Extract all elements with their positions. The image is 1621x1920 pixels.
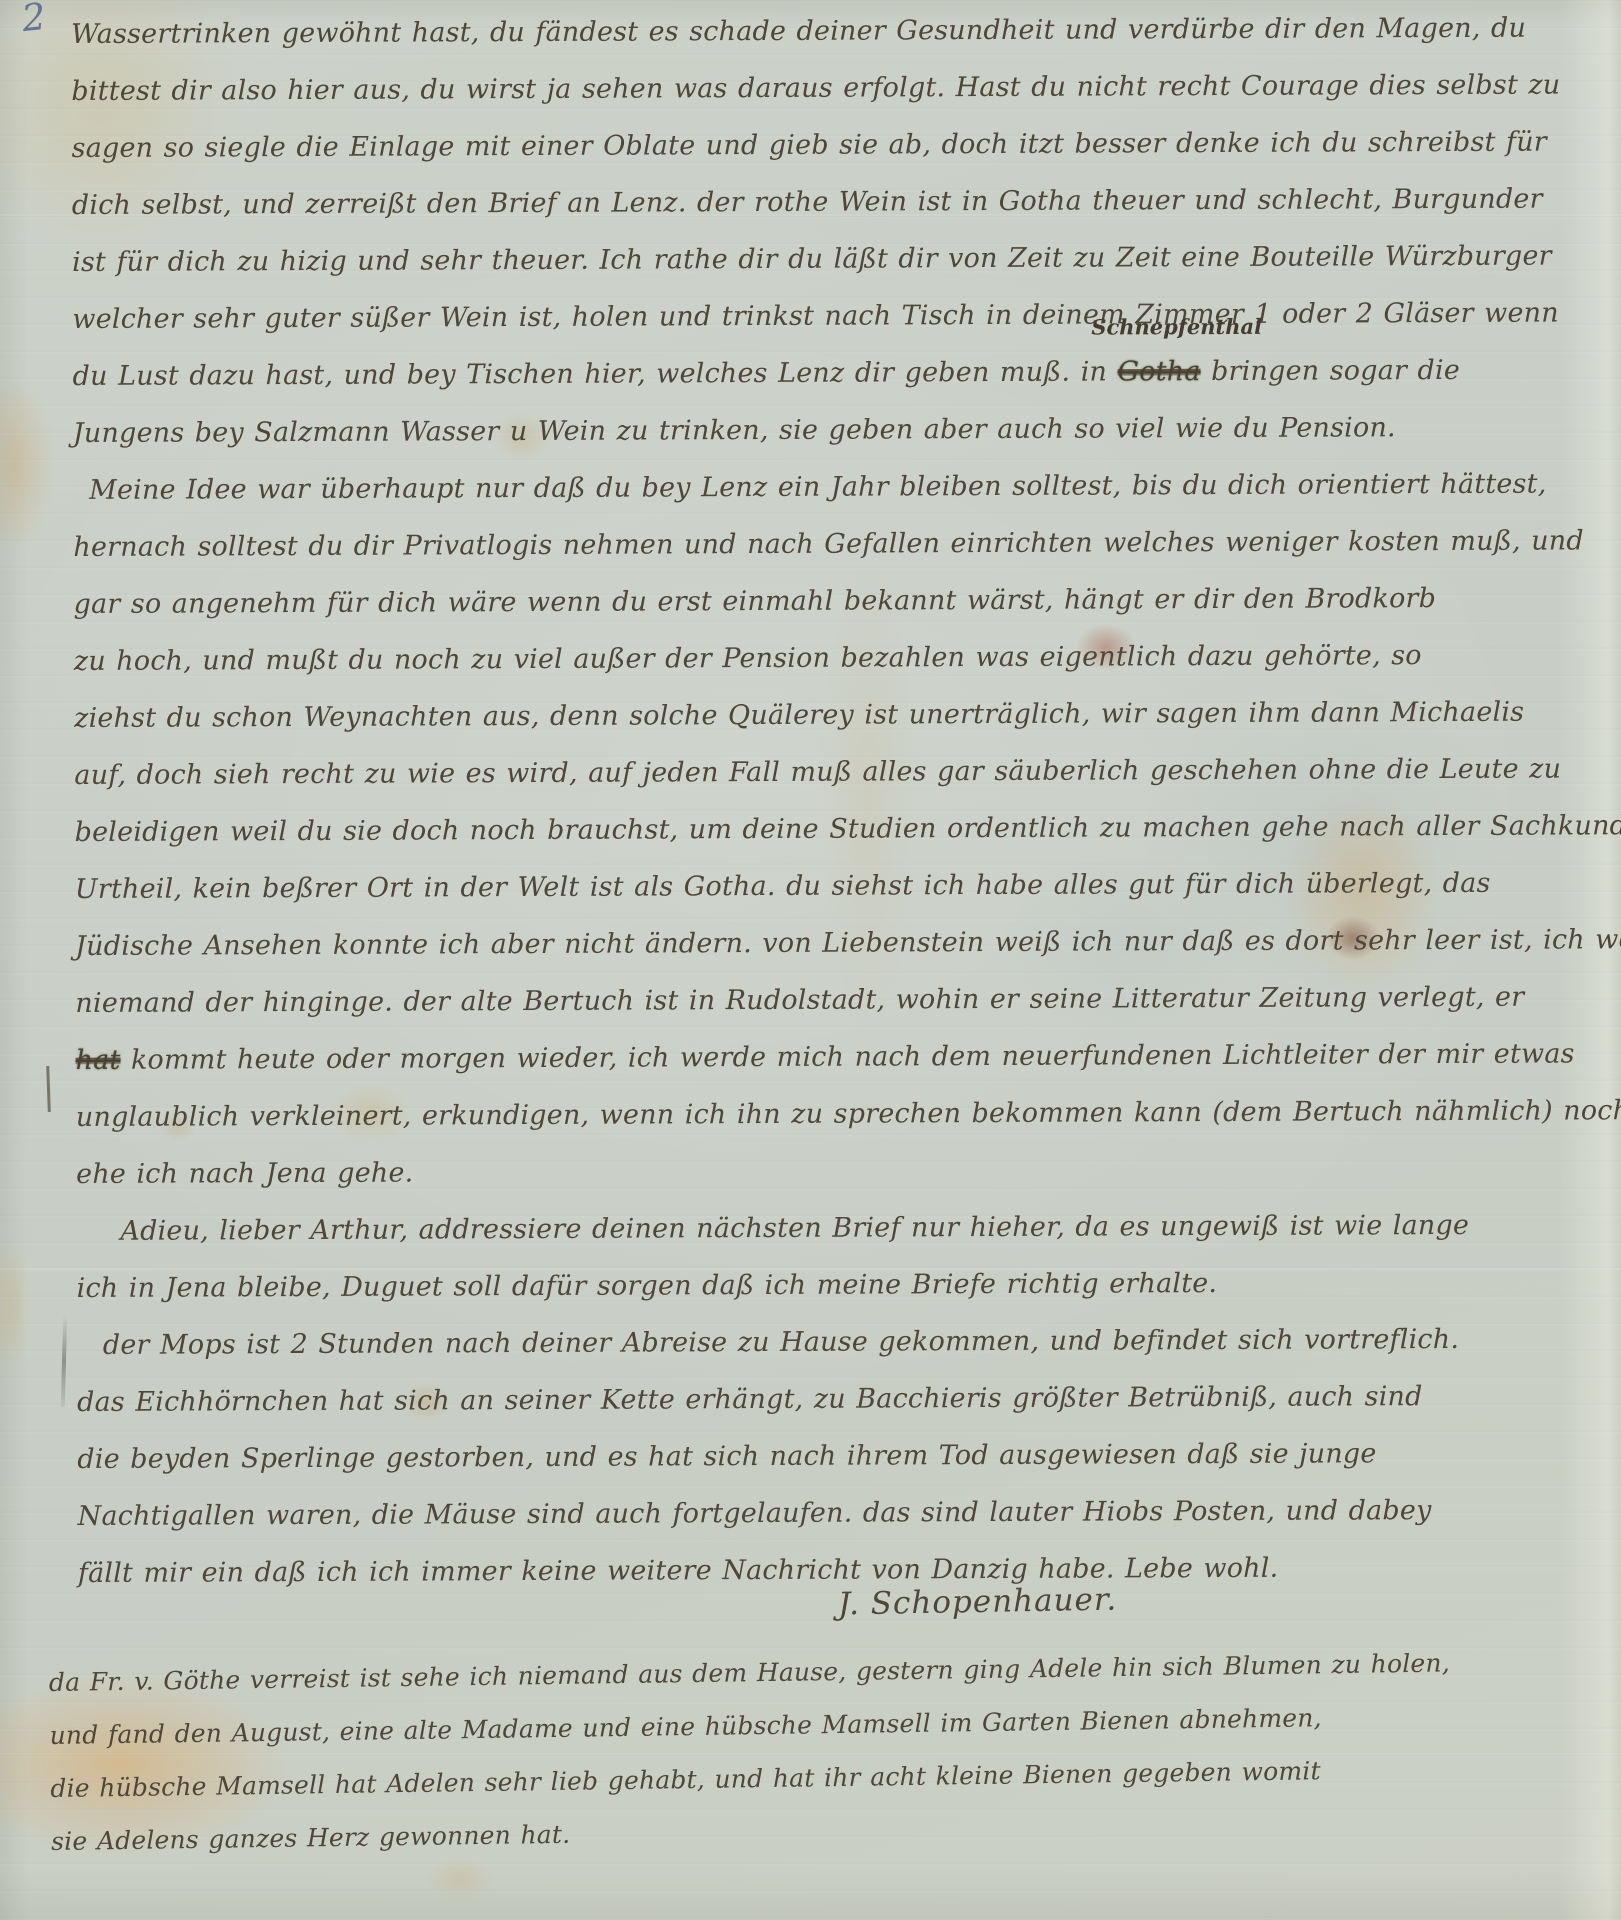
handwritten-line: Adieu, lieber Arthur, addressiere deinen… xyxy=(76,1196,1596,1260)
stain xyxy=(0,375,55,555)
handwritten-line: Nachtigallen waren, die Mäuse sind auch … xyxy=(77,1481,1597,1545)
handwritten-line: bittest dir also hier aus, du wirst ja s… xyxy=(71,56,1591,120)
line-text: kommt heute oder morgen wieder, ich werd… xyxy=(120,1038,1574,1075)
handwritten-line: dich selbst, und zerreißt den Brief an L… xyxy=(72,170,1592,234)
letter-page: 2 Wassertrinken gewöhnt hast, du fändest… xyxy=(0,0,1621,1920)
struck-word-wrap: GothaSchnepfenthal xyxy=(1117,343,1200,400)
margin-ink-mark xyxy=(46,1066,51,1112)
handwritten-line: die beyden Sperlinge gestorben, und es h… xyxy=(77,1424,1597,1488)
stain xyxy=(0,1235,33,1375)
struck-word: Gotha xyxy=(1117,356,1200,387)
page-number: 2 xyxy=(20,0,48,40)
handwritten-line: zu hoch, und mußt du noch zu viel außer … xyxy=(74,626,1594,690)
handwritten-line: Jüdische Ansehen konnte ich aber nicht ä… xyxy=(75,911,1595,975)
handwritten-line: der Mops ist 2 Stunden nach deiner Abrei… xyxy=(77,1310,1597,1374)
handwritten-line: ziehst du schon Weynachten aus, denn sol… xyxy=(74,683,1594,747)
handwritten-line-with-correction: hat kommt heute oder morgen wieder, ich … xyxy=(75,1025,1595,1089)
line-text: bringen sogar die xyxy=(1201,355,1460,387)
handwritten-line: Meine Idee war überhaupt nur daß du bey … xyxy=(73,455,1593,519)
handwritten-line: das Eichhörnchen hat sich an seiner Kett… xyxy=(77,1367,1597,1431)
handwritten-line: gar so angenehm für dich wäre wenn du er… xyxy=(73,569,1593,633)
handwritten-line: Urtheil, kein beßrer Ort in der Welt ist… xyxy=(75,854,1595,918)
handwritten-line: hernach solltest du dir Privatlogis nehm… xyxy=(73,512,1593,576)
postscript: da Fr. v. Göthe verreist ist sehe ich ni… xyxy=(49,1638,1352,1868)
handwritten-line: Jungens bey Salzmann Wasser u Wein zu tr… xyxy=(73,398,1593,462)
handwritten-line: ist für dich zu hizig und sehr theuer. I… xyxy=(72,227,1592,291)
handwritten-line-with-correction: du Lust dazu hast, und bey Tischen hier,… xyxy=(72,341,1592,405)
interlinear-insertion: Schnepfenthal xyxy=(1091,316,1262,338)
handwritten-line: beleidigen weil du sie doch noch brauchs… xyxy=(74,797,1594,861)
margin-pencil-stroke xyxy=(61,1315,67,1407)
handwritten-line: niemand der hinginge. der alte Bertuch i… xyxy=(75,968,1595,1032)
letter-body: Wassertrinken gewöhnt hast, du fändest e… xyxy=(71,0,1598,1602)
handwritten-line: auf, doch sieh recht zu wie es wird, auf… xyxy=(74,740,1594,804)
handwritten-line: Wassertrinken gewöhnt hast, du fändest e… xyxy=(71,0,1591,63)
handwritten-line: welcher sehr guter süßer Wein ist, holen… xyxy=(72,284,1592,348)
line-text: du Lust dazu hast, und bey Tischen hier,… xyxy=(73,356,1118,392)
handwritten-line: ich in Jena bleibe, Duguet soll dafür so… xyxy=(76,1253,1596,1317)
signature: J. Schopenhauer. xyxy=(838,1582,1118,1623)
struck-word: hat xyxy=(76,1045,121,1076)
handwritten-line: unglaublich verkleinert, erkundigen, wen… xyxy=(76,1082,1596,1146)
handwritten-line: ehe ich nach Jena gehe. xyxy=(76,1139,1596,1203)
handwritten-line: sagen so siegle die Einlage mit einer Ob… xyxy=(71,113,1591,177)
